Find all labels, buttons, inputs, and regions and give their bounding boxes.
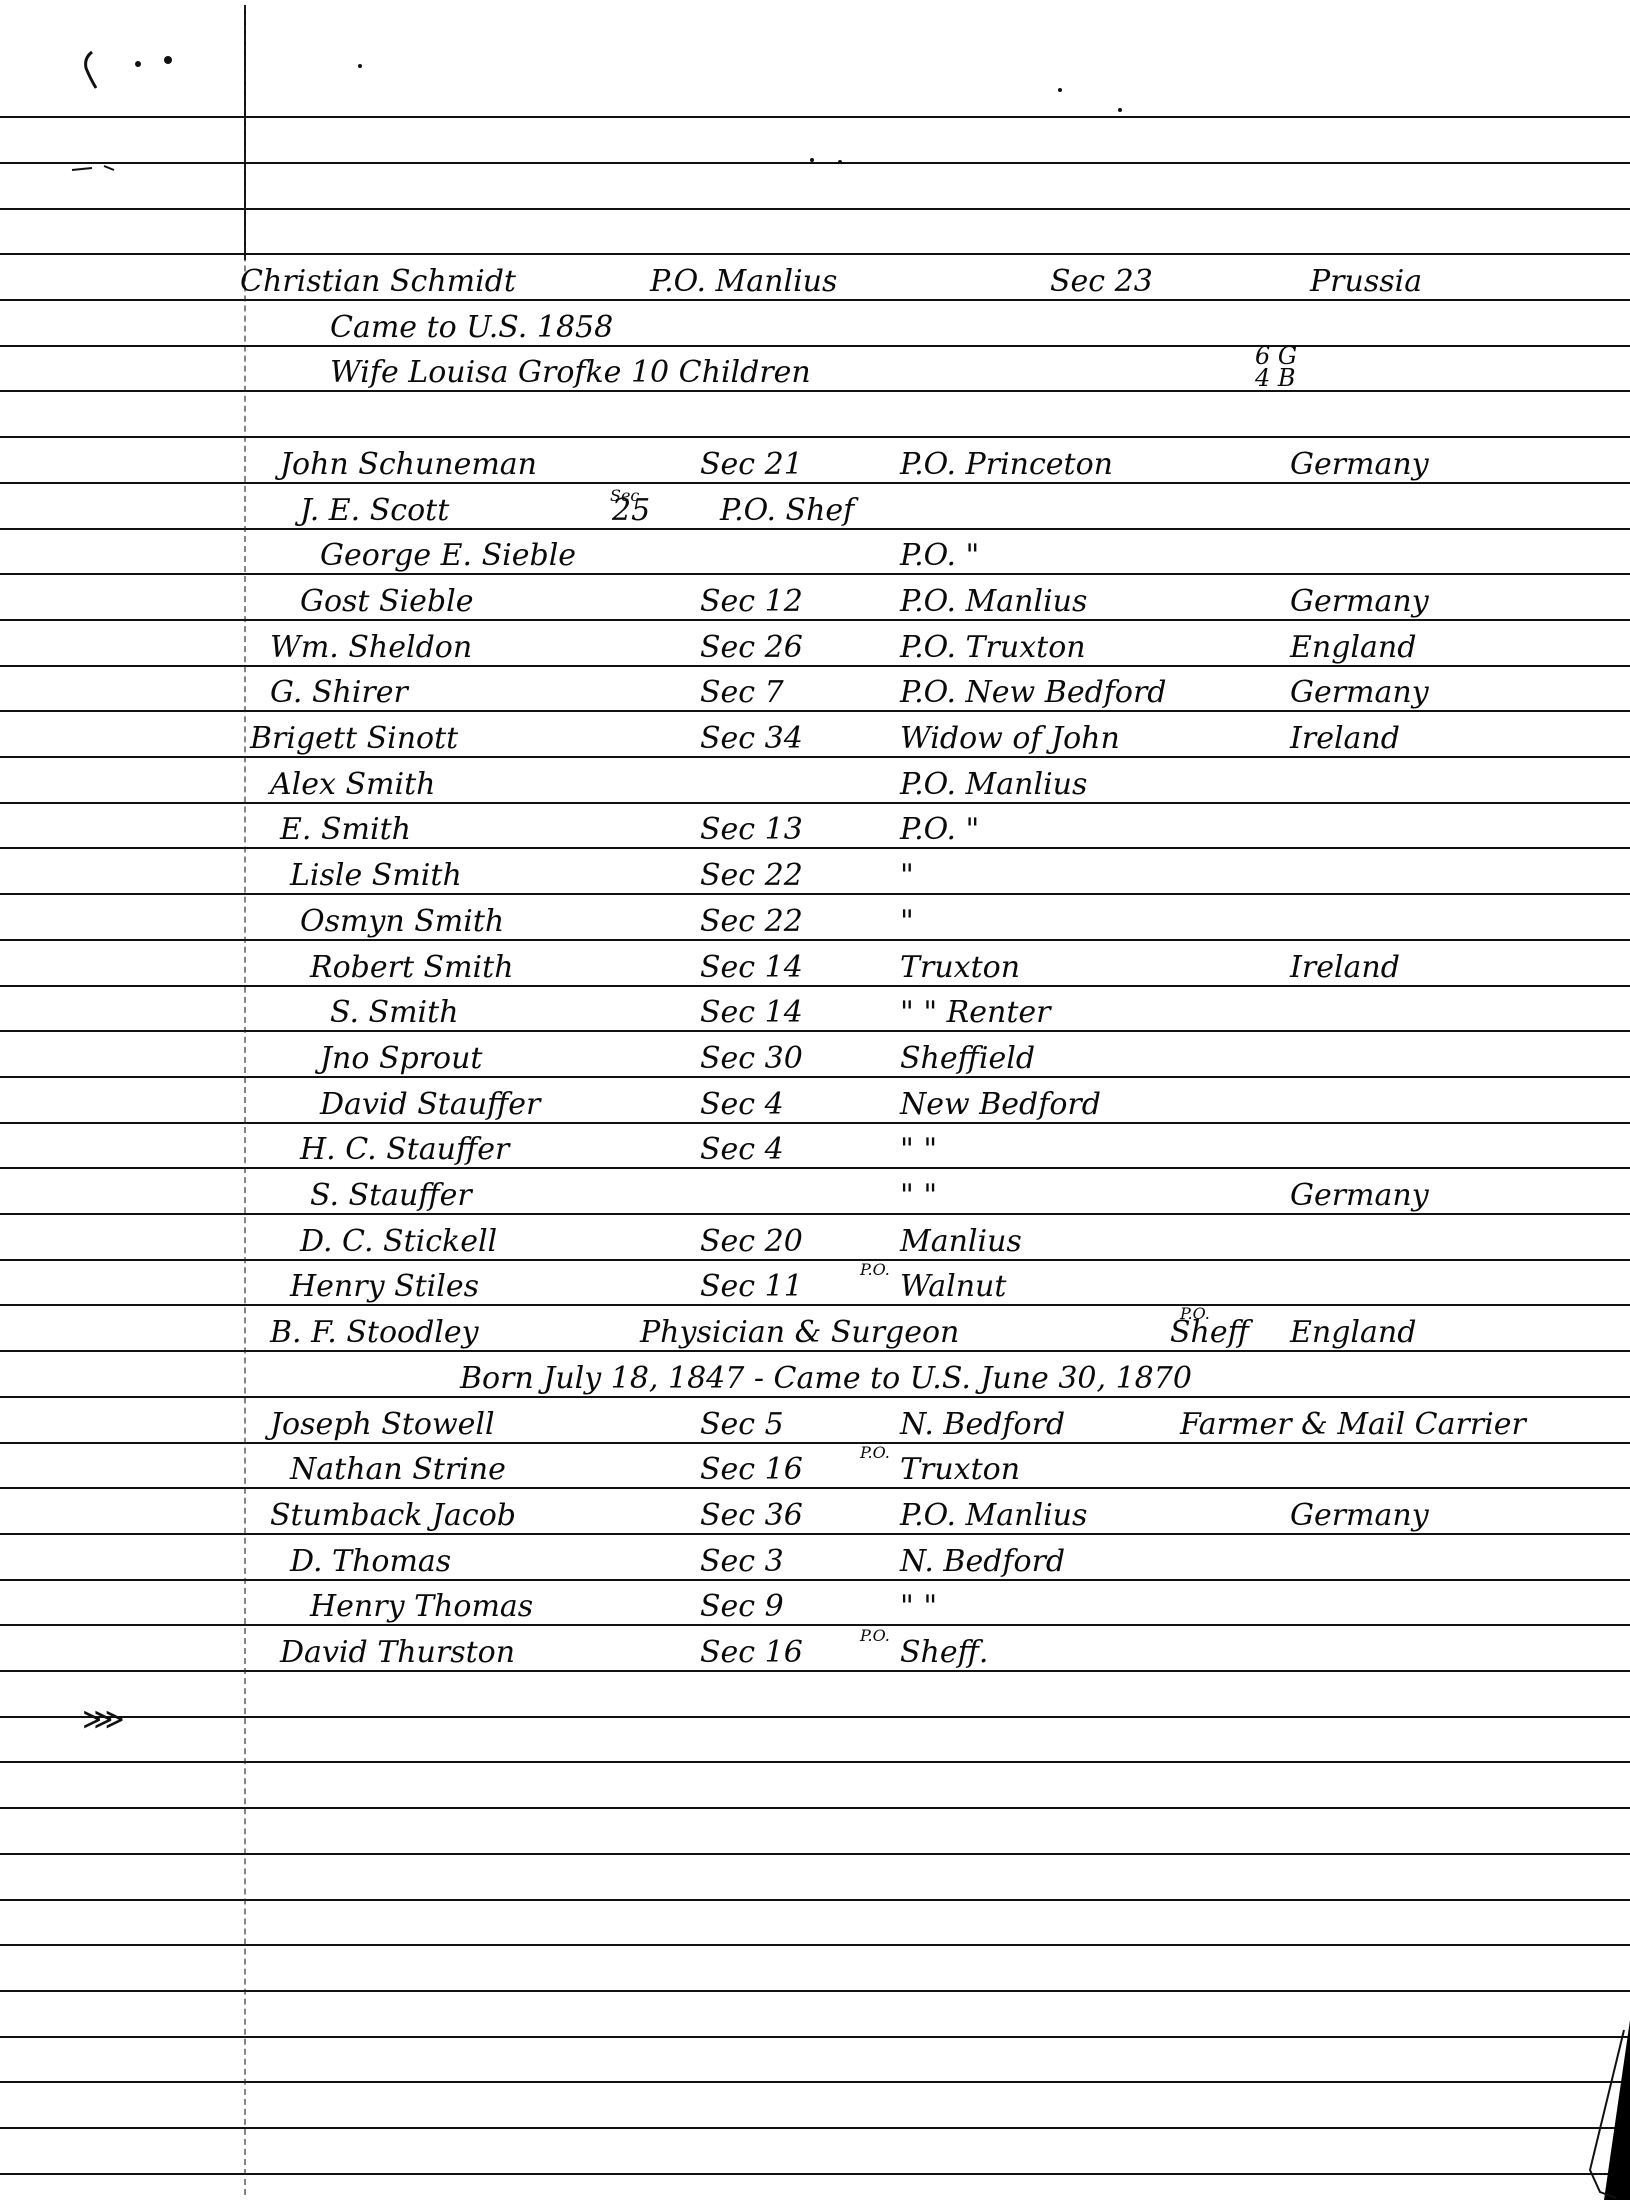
page-curl-corner xyxy=(1560,2020,1630,2200)
ledger-page: Christian SchmidtSec 23P.O. ManliusPruss… xyxy=(0,0,1630,2200)
arrow-marker-icon: ⋙ xyxy=(82,1702,125,1737)
scan-specks xyxy=(0,0,1630,2200)
